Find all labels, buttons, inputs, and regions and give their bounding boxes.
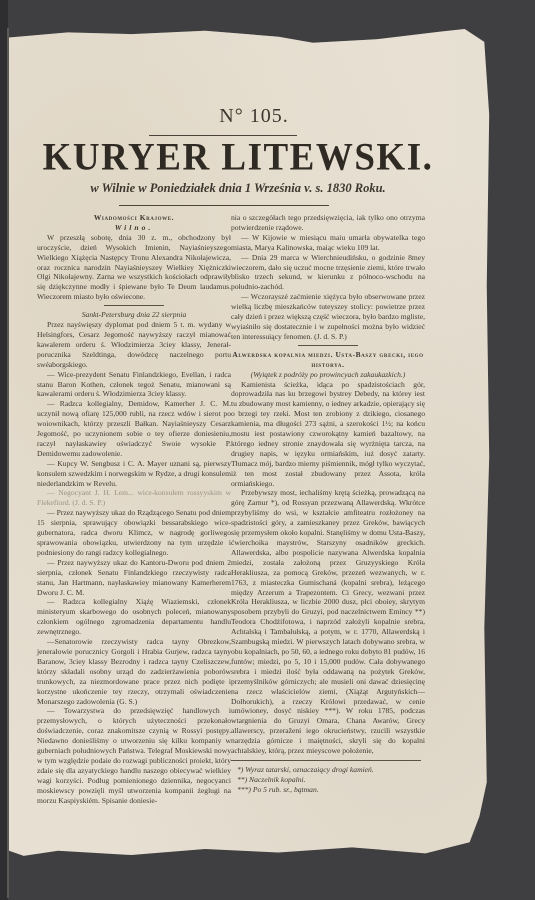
paragraph: — Kupcy W. Sengbusz i C. A. Mayer uznani… <box>37 459 231 489</box>
paragraph: — Radzca kollegialny, Demidow, Kamerher … <box>37 399 231 458</box>
paragraph: nia o szczegółach tego przedsięwzięcia, … <box>231 213 425 233</box>
paragraph: — Towarzystwa do przedsięwzięć handlowyc… <box>37 706 231 805</box>
paragraph: Przebywszy most, iechaliśmy krętą ścieżk… <box>231 488 425 755</box>
paragraph: — Negocyant J. H. Lem... wice-konsulem r… <box>37 488 231 508</box>
dateline-petersburg: Sankt-Petersburg dnia 22 sierpnia <box>37 310 231 320</box>
paragraph: — Dnia 29 marca w Wierchnieudińsku, o go… <box>231 253 425 293</box>
left-column: Wiadomości Krajowe. Wilno. W przeszłą so… <box>37 213 231 805</box>
paragraph: — W Kijowie w miesiącu maiu umarła obywa… <box>231 233 425 253</box>
paragraph: — Wczorayszé zaćmienie xiężyca było obse… <box>231 292 425 342</box>
paragraph: — Wice-prezydent Senatu Finlandzkiego, E… <box>37 370 231 400</box>
paragraph: Przez nayświęszy dyplomat pod dniem 5 t.… <box>37 320 231 370</box>
footnote: **) Naczelnik kopalni. <box>231 775 425 785</box>
dateline: w Wilnie w Poniedziałek dnia 1 Września … <box>9 181 467 196</box>
paragraph: — Przez naywyższy ukaz do Rządzącego Sen… <box>37 508 231 558</box>
section-head: Wiadomości Krajowe. <box>37 213 231 223</box>
dateline-rule <box>119 205 329 206</box>
paragraph: Kamienista ścieżka, idąca po spadzistośc… <box>231 380 425 489</box>
issue-number: N° 105. <box>9 105 499 128</box>
article-subtitle: (Wyiątek z podróży po prowincyach zakauk… <box>231 370 425 380</box>
paragraph: — Radzca kollegialny Xiążę Wiaziemski, c… <box>37 597 231 637</box>
article-head: Alwerdska kopalnia miedzi. Usta-Baszy gr… <box>231 350 425 370</box>
paragraph: — Przez naywyższy ukaz do Kantoru-Dworu … <box>37 558 231 598</box>
footnote: ***) Po 5 rub. sr., bątman. <box>231 785 425 795</box>
paragraph: W przeszłą sobotę, dnia 30 z. m., obchod… <box>37 233 231 302</box>
paragraph: —Senatorowie rzeczywisty radca tayny Obr… <box>37 637 231 706</box>
newspaper-title: KURYER LITEWSKI. <box>9 135 467 180</box>
page-content: N° 105. KURYER LITEWSKI. w Wilnie w Poni… <box>9 29 499 885</box>
city-head: Wilno. <box>37 223 231 233</box>
footnote-rule <box>231 760 421 761</box>
footnotes: *) Wyraz tatarski, oznaczaiący drogi kam… <box>231 765 425 795</box>
footnote: *) Wyraz tatarski, oznaczaiący drogi kam… <box>231 765 425 775</box>
right-column: nia o szczegółach tego przedsięwzięcia, … <box>231 213 425 795</box>
separator <box>104 305 164 306</box>
separator <box>298 345 358 346</box>
